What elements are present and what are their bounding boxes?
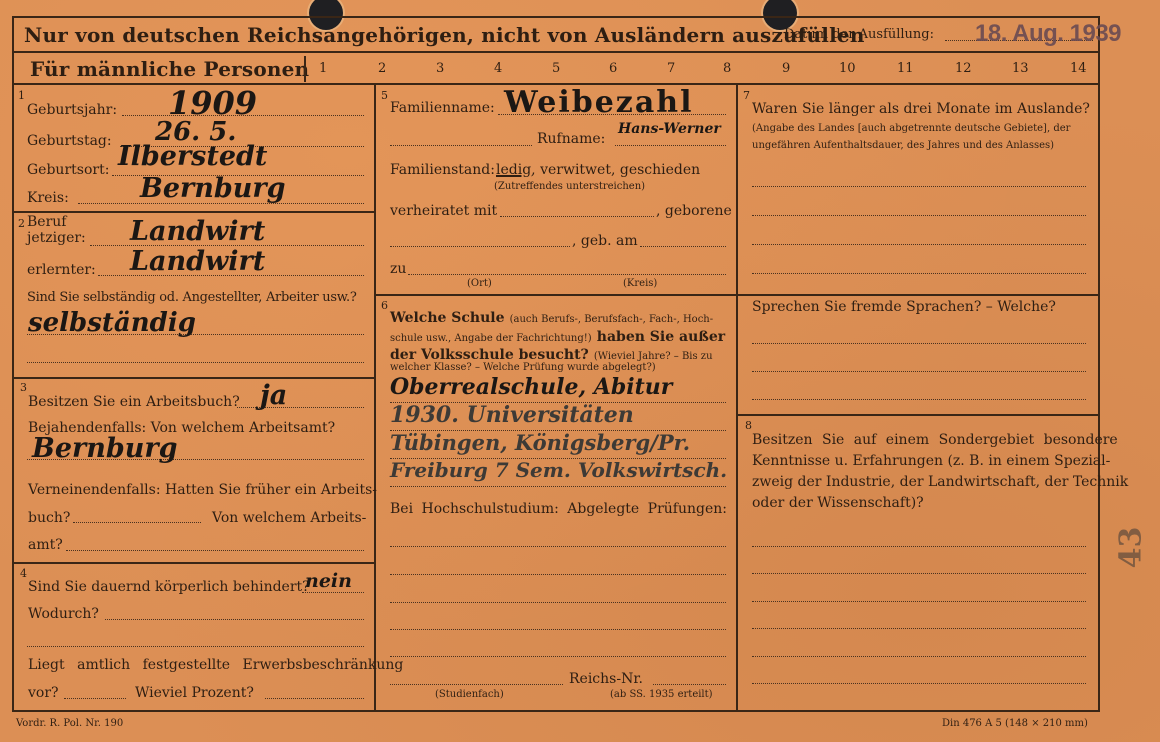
fill-line	[105, 619, 364, 620]
divider	[736, 84, 738, 712]
fill-line	[390, 684, 563, 685]
column-number: 9	[782, 61, 790, 76]
district-hint: (Kreis)	[623, 278, 657, 289]
column-number: 11	[897, 61, 914, 76]
percent-label: Wieviel Prozent?	[135, 685, 254, 701]
school-question-line3: der Volksschule besucht? (Wieviel Jahre?…	[390, 344, 713, 363]
disability-value[interactable]: nein	[305, 570, 352, 592]
current-occupation-value[interactable]: Landwirt	[130, 216, 265, 247]
column-number: 7	[667, 61, 675, 76]
fill-line	[390, 246, 570, 247]
employment-status-question: Sind Sie selbständig od. Angestellter, A…	[27, 290, 357, 305]
section-number: 5	[381, 89, 388, 102]
earning-restriction-question: Liegt amtlich festgestellte Erwerbsbesch…	[28, 657, 403, 673]
section-number: 7	[743, 89, 750, 102]
fill-line	[27, 646, 364, 647]
school-answer-line[interactable]: Oberrealschule, Abitur	[390, 374, 672, 400]
abroad-question: Waren Sie länger als drei Monate im Ausl…	[752, 101, 1090, 117]
occupation-label: Beruf	[27, 214, 66, 230]
fill-line	[752, 186, 1086, 187]
special-knowledge-line3: zweig der Industrie, der Landwirtschaft,…	[752, 474, 1128, 490]
marital-status-options: ledig, verwitwet, geschieden	[496, 162, 700, 178]
special-knowledge-line2: Kenntnisse u. Erfahrungen (z. B. in eine…	[752, 453, 1110, 469]
divider	[12, 562, 376, 564]
earning-restriction-label: vor?	[28, 685, 59, 701]
disability-cause-label: Wodurch?	[28, 606, 99, 622]
school-answer-line[interactable]: Freiburg 7 Sem. Volkswirtsch.	[390, 458, 727, 482]
divider	[12, 51, 1100, 53]
fill-line	[752, 371, 1086, 372]
divider	[304, 56, 306, 82]
column-number: 5	[552, 61, 560, 76]
workbook-value[interactable]: ja	[260, 380, 287, 411]
school-question-line4: welcher Klasse? – Welche Prüfung wurde a…	[390, 362, 656, 373]
university-exams-label: Bei Hochschulstudium: Abgelegte Prüfunge…	[390, 501, 727, 517]
married-to-label: verheiratet mit	[390, 203, 497, 219]
section-number: 2	[18, 217, 25, 230]
column-number: 8	[723, 61, 731, 76]
fill-line	[653, 684, 726, 685]
column-number: 14	[1070, 61, 1087, 76]
marital-option[interactable]: verwitwet	[540, 162, 611, 178]
fill-line	[752, 683, 1086, 684]
marital-status-hint: (Zutreffendes unterstreichen)	[494, 181, 645, 192]
fill-line	[73, 522, 201, 523]
fill-line	[302, 592, 364, 593]
divider	[374, 294, 738, 296]
abroad-hint-line2: ungefähren Aufenthaltsdauer, des Jahres …	[752, 140, 1054, 151]
fill-line	[390, 629, 726, 630]
maiden-name-label: , geborene	[656, 203, 732, 219]
section-number: 3	[20, 381, 27, 394]
fill-line	[752, 628, 1086, 629]
fill-line	[390, 145, 532, 146]
fill-line	[390, 656, 726, 657]
first-name-value[interactable]: Hans-Werner	[618, 121, 721, 137]
labor-office-value[interactable]: Bernburg	[32, 433, 177, 464]
languages-question: Sprechen Sie fremde Sprachen? – Welche?	[752, 299, 1056, 315]
fill-line	[752, 273, 1086, 274]
date-stamp: 18. Aug. 1939	[975, 20, 1121, 48]
learned-occupation-value[interactable]: Landwirt	[130, 246, 265, 277]
marital-option-selected[interactable]: ledig	[496, 162, 531, 178]
school-answer-line[interactable]: Tübingen, Königsberg/Pr.	[390, 430, 690, 455]
fill-line	[237, 407, 364, 408]
section-number: 1	[18, 89, 25, 102]
fill-line	[265, 698, 364, 699]
first-name-label: Rufname:	[537, 131, 605, 147]
reich-number-label: Reichs-Nr.	[569, 671, 643, 687]
divider	[12, 211, 376, 213]
fill-line	[390, 546, 726, 547]
fill-line	[390, 602, 726, 603]
spouse-birth-place-label: zu	[390, 261, 406, 277]
column-number: 13	[1012, 61, 1029, 76]
fill-line	[64, 698, 126, 699]
divider	[736, 414, 1100, 416]
district-value[interactable]: Bernburg	[140, 173, 285, 204]
column-number: 2	[378, 61, 386, 76]
marital-option[interactable]: geschieden	[620, 162, 700, 178]
birth-year-label: Geburtsjahr:	[27, 102, 117, 118]
birth-place-value[interactable]: Ilberstedt	[118, 141, 267, 172]
column-number: 3	[436, 61, 444, 76]
birth-place-label: Geburtsort:	[27, 162, 109, 178]
section-number: 8	[745, 419, 752, 432]
subject-hint: (Studienfach)	[435, 689, 504, 700]
date-label: Datum der Ausfüllung:	[784, 27, 934, 42]
school-answer-line[interactable]: 1930. Universitäten	[390, 402, 634, 428]
workbook-question: Besitzen Sie ein Arbeitsbuch?	[28, 394, 240, 410]
spouse-birth-date-label: , geb. am	[572, 233, 638, 249]
current-occupation-label: jetziger:	[27, 230, 86, 246]
reich-number-hint: (ab SS. 1935 erteilt)	[610, 689, 713, 700]
fill-line	[390, 574, 726, 575]
school-question-line2: schule usw., Angabe der Fachrichtung!) h…	[390, 326, 725, 345]
fill-line	[500, 216, 654, 217]
section-number: 6	[381, 299, 388, 312]
special-knowledge-line1: Besitzen Sie auf einem Sondergebiet beso…	[752, 432, 1118, 448]
disability-question: Sind Sie dauernd körperlich behindert?	[28, 579, 310, 595]
surname-value[interactable]: Weibezahl	[504, 85, 693, 120]
form-number: Vordr. R. Pol. Nr. 190	[16, 718, 123, 729]
column-number: 1	[319, 61, 327, 76]
fill-line	[752, 215, 1086, 216]
fill-line	[752, 573, 1086, 574]
fill-line	[390, 486, 726, 487]
column-number: 12	[955, 61, 972, 76]
place-hint: (Ort)	[467, 278, 492, 289]
fill-line	[752, 656, 1086, 657]
abroad-hint-line1: (Angabe des Landes [auch abgetrennte deu…	[752, 123, 1070, 134]
divider	[12, 377, 376, 379]
previous-labor-office-label-cont: amt?	[28, 537, 63, 553]
divider	[374, 84, 376, 712]
district-label: Kreis:	[27, 190, 69, 206]
column-number: 4	[494, 61, 502, 76]
fill-line	[752, 546, 1086, 547]
form-title: Nur von deutschen Reichsangehörigen, nic…	[24, 23, 865, 47]
margin-note: 43	[1113, 527, 1148, 569]
fill-line	[66, 550, 364, 551]
fill-line	[752, 399, 1086, 400]
form-subtitle: Für männliche Personen	[30, 57, 309, 81]
employment-status-value[interactable]: selbständig	[28, 308, 196, 338]
school-question-line1: Welche Schule (auch Berufs-, Berufsfach-…	[390, 307, 713, 326]
fill-line	[752, 601, 1086, 602]
special-knowledge-line4: oder der Wissenschaft)?	[752, 495, 924, 511]
column-number: 10	[839, 61, 856, 76]
paper-format: Din 476 A 5 (148 × 210 mm)	[942, 718, 1088, 729]
column-number: 6	[609, 61, 617, 76]
fill-line	[752, 343, 1086, 344]
birth-day-label: Geburtstag:	[27, 133, 112, 149]
previous-workbook-label: buch?	[28, 510, 70, 526]
marital-status-label: Familienstand:	[390, 162, 495, 178]
fill-line	[640, 246, 726, 247]
learned-occupation-label: erlernter:	[27, 262, 96, 278]
fill-line	[752, 244, 1086, 245]
previous-labor-office-label: Von welchem Arbeits-	[212, 510, 366, 526]
previous-workbook-question: Verneinendenfalls: Hatten Sie früher ein…	[28, 482, 377, 498]
fill-line	[408, 274, 726, 275]
section-number: 4	[20, 567, 27, 580]
surname-label: Familienname:	[390, 100, 495, 116]
divider	[736, 294, 1100, 296]
form-card: Nur von deutschen Reichsangehörigen, nic…	[0, 0, 1160, 742]
fill-line	[615, 145, 726, 146]
fill-line	[27, 362, 364, 363]
